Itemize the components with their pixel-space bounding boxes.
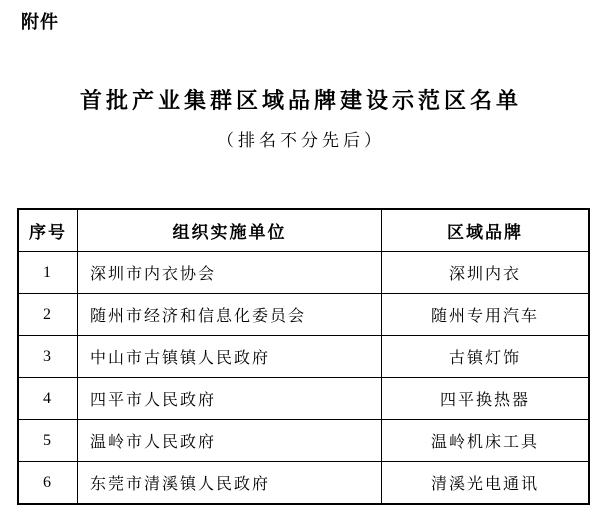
cell-regional-brand: 古镇灯饰 bbox=[382, 336, 590, 378]
cell-implementing-organization: 四平市人民政府 bbox=[78, 378, 382, 420]
cell-serial-number: 2 bbox=[18, 294, 78, 336]
table-row: 5温岭市人民政府温岭机床工具 bbox=[18, 420, 589, 462]
table-body: 1深圳市内衣协会深圳内衣2随州市经济和信息化委员会随州专用汽车3中山市古镇镇人民… bbox=[18, 252, 589, 505]
cell-regional-brand: 清溪光电通讯 bbox=[382, 462, 590, 505]
cell-regional-brand: 深圳内衣 bbox=[382, 252, 590, 294]
cell-implementing-organization: 东莞市清溪镇人民政府 bbox=[78, 462, 382, 505]
demonstration-zone-table: 序号 组织实施单位 区域品牌 1深圳市内衣协会深圳内衣2随州市经济和信息化委员会… bbox=[17, 208, 590, 505]
page-subtitle: （排名不分先后） bbox=[0, 130, 602, 152]
cell-serial-number: 4 bbox=[18, 378, 78, 420]
header-serial-number: 序号 bbox=[18, 209, 78, 252]
header-implementing-organization: 组织实施单位 bbox=[78, 209, 382, 252]
cell-regional-brand: 四平换热器 bbox=[382, 378, 590, 420]
cell-regional-brand: 随州专用汽车 bbox=[382, 294, 590, 336]
header-regional-brand: 区域品牌 bbox=[382, 209, 590, 252]
cell-implementing-organization: 温岭市人民政府 bbox=[78, 420, 382, 462]
table-row: 6东莞市清溪镇人民政府清溪光电通讯 bbox=[18, 462, 589, 505]
attachment-label: 附件 bbox=[0, 0, 602, 34]
cell-regional-brand: 温岭机床工具 bbox=[382, 420, 590, 462]
table-row: 2随州市经济和信息化委员会随州专用汽车 bbox=[18, 294, 589, 336]
table-row: 3中山市古镇镇人民政府古镇灯饰 bbox=[18, 336, 589, 378]
cell-serial-number: 3 bbox=[18, 336, 78, 378]
cell-implementing-organization: 深圳市内衣协会 bbox=[78, 252, 382, 294]
table-header: 序号 组织实施单位 区域品牌 bbox=[18, 209, 589, 252]
page-title: 首批产业集群区域品牌建设示范区名单 bbox=[0, 86, 602, 116]
cell-serial-number: 1 bbox=[18, 252, 78, 294]
cell-implementing-organization: 随州市经济和信息化委员会 bbox=[78, 294, 382, 336]
cell-implementing-organization: 中山市古镇镇人民政府 bbox=[78, 336, 382, 378]
table-row: 4四平市人民政府四平换热器 bbox=[18, 378, 589, 420]
cell-serial-number: 5 bbox=[18, 420, 78, 462]
table-row: 1深圳市内衣协会深圳内衣 bbox=[18, 252, 589, 294]
table-header-row: 序号 组织实施单位 区域品牌 bbox=[18, 209, 589, 252]
cell-serial-number: 6 bbox=[18, 462, 78, 505]
